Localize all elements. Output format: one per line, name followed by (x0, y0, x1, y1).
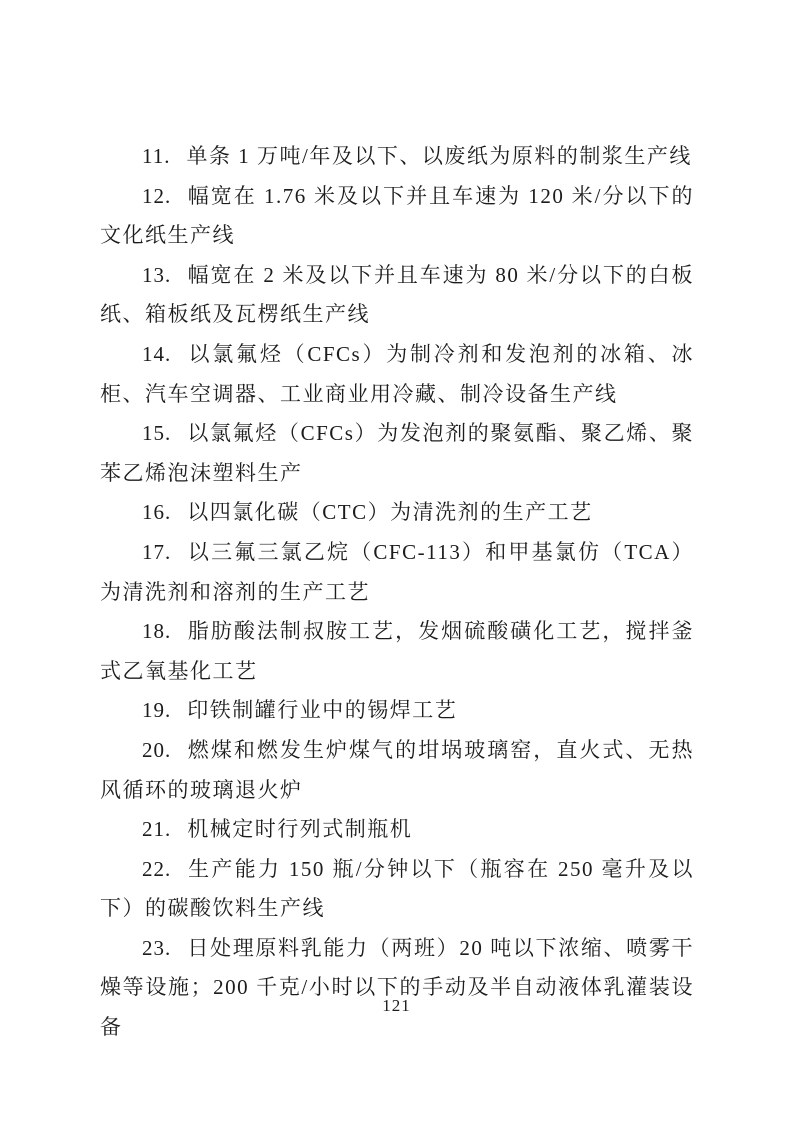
list-item: 11.单条 1 万吨/年及以下、以废纸为原料的制浆生产线 (100, 137, 694, 177)
list-item-number: 20. (142, 738, 171, 762)
list-item-text: 幅宽在 2 米及以下并且车速为 80 米/分以下的白板纸、箱板纸及瓦楞纸生产线 (100, 263, 694, 327)
list-item: 12.幅宽在 1.76 米及以下并且车速为 120 米/分以下的文化纸生产线 (100, 177, 694, 256)
list-item-number: 16. (142, 500, 171, 524)
document-page: 11.单条 1 万吨/年及以下、以废纸为原料的制浆生产线 12.幅宽在 1.76… (0, 0, 793, 1122)
list-item: 17.以三氟三氯乙烷（CFC-113）和甲基氯仿（TCA）为清洗剂和溶剂的生产工… (100, 533, 694, 612)
list-item: 22.生产能力 150 瓶/分钟以下（瓶容在 250 毫升及以下）的碳酸饮料生产… (100, 850, 694, 929)
list-item: 16.以四氯化碳（CTC）为清洗剂的生产工艺 (100, 493, 694, 533)
list-item: 19.印铁制罐行业中的锡焊工艺 (100, 691, 694, 731)
list-item-text: 以三氟三氯乙烷（CFC-113）和甲基氯仿（TCA）为清洗剂和溶剂的生产工艺 (100, 540, 694, 604)
list-item-text: 幅宽在 1.76 米及以下并且车速为 120 米/分以下的文化纸生产线 (100, 184, 694, 248)
list-item-text: 以氯氟烃（CFCs）为制冷剂和发泡剂的冰箱、冰柜、汽车空调器、工业商业用冷藏、制… (100, 342, 694, 406)
list-item-text: 日处理原料乳能力（两班）20 吨以下浓缩、喷雾干燥等设施；200 千克/小时以下… (100, 936, 694, 1039)
list-item-number: 15. (142, 421, 171, 445)
list-item-text: 燃煤和燃发生炉煤气的坩埚玻璃窑，直火式、无热风循环的玻璃退火炉 (100, 738, 694, 802)
list-item: 13.幅宽在 2 米及以下并且车速为 80 米/分以下的白板纸、箱板纸及瓦楞纸生… (100, 256, 694, 335)
list-item-number: 23. (142, 936, 171, 960)
list-item-text: 印铁制罐行业中的锡焊工艺 (187, 698, 457, 722)
list-item: 15.以氯氟烃（CFCs）为发泡剂的聚氨酯、聚乙烯、聚苯乙烯泡沫塑料生产 (100, 414, 694, 493)
list-item: 20.燃煤和燃发生炉煤气的坩埚玻璃窑，直火式、无热风循环的玻璃退火炉 (100, 731, 694, 810)
list-item-number: 14. (142, 342, 171, 366)
list-item-number: 11. (142, 144, 170, 168)
list-item: 23.日处理原料乳能力（两班）20 吨以下浓缩、喷雾干燥等设施；200 千克/小… (100, 929, 694, 1048)
list-item: 14.以氯氟烃（CFCs）为制冷剂和发泡剂的冰箱、冰柜、汽车空调器、工业商业用冷… (100, 335, 694, 414)
list-item-text: 单条 1 万吨/年及以下、以废纸为原料的制浆生产线 (186, 144, 691, 168)
list-item-number: 19. (142, 698, 171, 722)
list-item: 21.机械定时行列式制瓶机 (100, 810, 694, 850)
list-item-number: 18. (142, 619, 171, 643)
list-item-text: 脂肪酸法制叔胺工艺，发烟硫酸磺化工艺，搅拌釜式乙氧基化工艺 (100, 619, 694, 683)
list-item-text: 以四氯化碳（CTC）为清洗剂的生产工艺 (187, 500, 592, 524)
page-number: 121 (0, 996, 793, 1016)
list-item-text: 以氯氟烃（CFCs）为发泡剂的聚氨酯、聚乙烯、聚苯乙烯泡沫塑料生产 (100, 421, 694, 485)
list-item-number: 12. (142, 184, 171, 208)
numbered-list: 11.单条 1 万吨/年及以下、以废纸为原料的制浆生产线 12.幅宽在 1.76… (100, 137, 694, 1048)
list-item-number: 21. (142, 817, 171, 841)
list-item-number: 17. (142, 540, 171, 564)
list-item-number: 13. (142, 263, 171, 287)
list-item-number: 22. (142, 857, 171, 881)
list-item: 18.脂肪酸法制叔胺工艺，发烟硫酸磺化工艺，搅拌釜式乙氧基化工艺 (100, 612, 694, 691)
list-item-text: 机械定时行列式制瓶机 (187, 817, 412, 841)
list-item-text: 生产能力 150 瓶/分钟以下（瓶容在 250 毫升及以下）的碳酸饮料生产线 (100, 857, 694, 921)
